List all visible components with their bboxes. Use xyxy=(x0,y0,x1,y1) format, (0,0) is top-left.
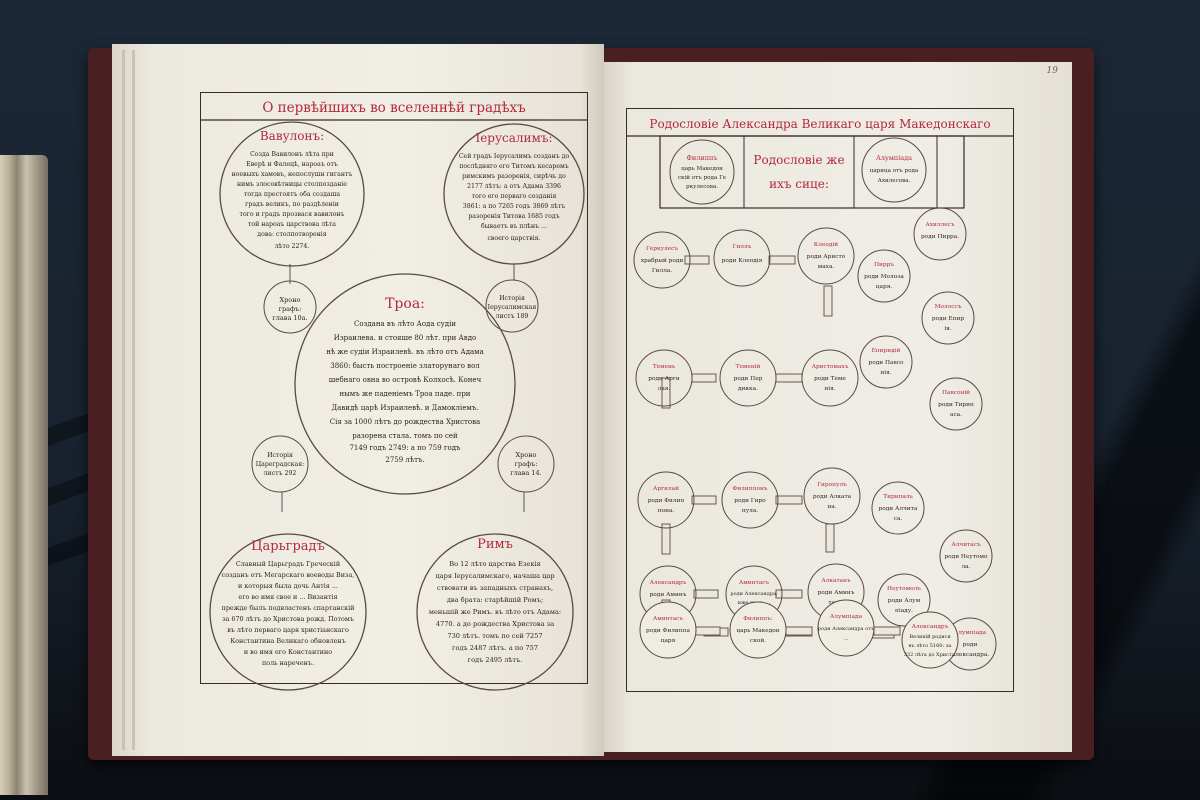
svg-text:3860: бысть построеніе златору: 3860: бысть построеніе златорунаго вол xyxy=(330,362,480,370)
svg-text:Еверѣ и Фалецѣ, нароаъ отъ: Еверѣ и Фалецѣ, нароаъ отъ xyxy=(246,161,338,168)
svg-text:нѣ же судіи Израилевѣ. въ лѣто: нѣ же судіи Израилевѣ. въ лѣто отъ Адама xyxy=(326,348,484,356)
svg-text:Сей градъ Іерусалимъ созданъ д: Сей градъ Іерусалимъ созданъ до xyxy=(459,153,570,160)
svg-text:годъ 2487 лѣтъ. а по 757: годъ 2487 лѣтъ. а по 757 xyxy=(452,644,538,652)
svg-text:послѣдняго его Титомъ кесаремъ: послѣдняго его Титомъ кесаремъ xyxy=(459,163,569,170)
left-heading: О первѣйшихъ во вселеннѣй градѣхъ xyxy=(262,100,526,116)
svg-text:7149 годъ 2749: а по 759 годъ: 7149 годъ 2749: а по 759 годъ xyxy=(349,444,461,452)
svg-text:листъ 189: листъ 189 xyxy=(496,313,529,320)
svg-text:разорена стала. томъ по сей: разорена стала. томъ по сей xyxy=(352,432,458,440)
svg-text:царя Іерусалимскаго, начаша ца: царя Іерусалимскаго, начаша цар xyxy=(435,572,554,580)
svg-text:дова: столпотворенія: дова: столпотворенія xyxy=(257,231,327,238)
svg-text:Вавулонъ:: Вавулонъ: xyxy=(260,129,324,143)
svg-text:за 670 лѣтъ до Христова рожд.: за 670 лѣтъ до Христова рожд. Потомъ xyxy=(222,615,354,623)
circle-rome: Римъ Во 12 лѣто царства Езекія царя Іеру… xyxy=(417,534,573,690)
svg-text:лѣто 2274.: лѣто 2274. xyxy=(275,243,310,250)
svg-text:разоренія Титова 1685 годъ: разоренія Титова 1685 годъ xyxy=(468,213,559,220)
right-page: 19 Родословіе Александра Великаго царя М… xyxy=(604,62,1072,752)
svg-text:въ лѣто перваго царя христіанс: въ лѣто перваго царя христіанскаго xyxy=(227,626,349,634)
svg-text:его во имя свое и ... Византія: его во имя свое и ... Византія xyxy=(238,593,337,601)
svg-text:бываетъ въ плѣнъ ...: бываетъ въ плѣнъ ... xyxy=(481,223,547,230)
svg-text:прежде былъ подвластенъ спарта: прежде былъ подвластенъ спартанскій xyxy=(222,604,355,612)
svg-text:созданъ отъ Мегарскаго воеводы: созданъ отъ Мегарскаго воеводы Виза, xyxy=(222,571,355,579)
left-page: О первѣйшихъ во вселеннѣй градѣхъ Вавуло… xyxy=(112,44,604,756)
svg-text:Создана въ лѣто Аода судіи: Создана въ лѣто Аода судіи xyxy=(354,320,456,328)
svg-text:римскимъ разоренія, сирѣчь до: римскимъ разоренія, сирѣчь до xyxy=(462,173,566,180)
svg-text:графъ:: графъ: xyxy=(515,460,538,468)
svg-text:Давидѣ царѣ Израилевѣ. и Дамок: Давидѣ царѣ Израилевѣ. и Дамокліемъ. xyxy=(331,404,478,412)
svg-text:730 лѣтъ. томъ по сей 7257: 730 лѣтъ. томъ по сей 7257 xyxy=(447,632,542,640)
svg-text:своего царствія.: своего царствія. xyxy=(487,235,540,242)
svg-text:и которыя была дочь Антія ...: и которыя была дочь Антія ... xyxy=(238,582,338,590)
left-page-drawing: О первѣйшихъ во вселеннѣй градѣхъ Вавуло… xyxy=(112,44,604,756)
svg-text:Славный Царьградъ Греческій: Славный Царьградъ Греческій xyxy=(236,560,340,568)
svg-text:4770. а до рождества Христова: 4770. а до рождества Христова за xyxy=(436,620,554,628)
svg-text:2759 лѣтъ.: 2759 лѣтъ. xyxy=(385,456,424,464)
small-circle-chronograph-2: Хроно графъ: глава 14. xyxy=(498,436,554,492)
svg-text:Троа:: Троа: xyxy=(385,296,425,312)
svg-text:того его перваго созданія: того его перваго созданія xyxy=(472,193,557,200)
svg-text:и во имя его Константино: и во имя его Константино xyxy=(244,648,332,656)
svg-text:той нароаъ царствова лѣта: той нароаъ царствова лѣта xyxy=(248,221,336,228)
circle-babylon: Вавулонъ: Созда Вавилонъ лѣта при Еверѣ … xyxy=(220,122,364,266)
svg-text:градъ великъ, по раздѣленіи: градъ великъ, по раздѣленіи xyxy=(245,201,339,208)
svg-text:Іерусалимъ:: Іерусалимъ: xyxy=(475,131,552,145)
svg-text:графъ:: графъ: xyxy=(279,305,302,313)
svg-text:Римъ: Римъ xyxy=(477,537,513,552)
svg-text:годъ 2495 лѣтъ.: годъ 2495 лѣтъ. xyxy=(468,656,523,664)
circle-constantinople: Царьградъ Славный Царьградъ Греческій со… xyxy=(210,534,366,690)
svg-text:Израилева. и стояше 80 лѣт. пр: Израилева. и стояше 80 лѣт. при Авдо xyxy=(334,334,477,342)
svg-text:поль нареченъ.: поль нареченъ. xyxy=(262,659,314,667)
genealogy-last-row xyxy=(604,62,1072,752)
svg-text:тогда престоятъ оба создаша: тогда престоятъ оба создаша xyxy=(244,191,340,198)
svg-text:два брата: старѣйшій Ромъ;: два брата: старѣйшій Ромъ; xyxy=(447,596,543,604)
svg-text:Константина Великаго обновленъ: Константина Великаго обновленъ xyxy=(230,637,346,645)
svg-text:Сія за 1000 лѣтъ до рождества: Сія за 1000 лѣтъ до рождества Христова xyxy=(330,418,480,426)
svg-text:глава 14.: глава 14. xyxy=(510,469,541,477)
svg-text:2177 лѣтъ: а отъ Адама 3396: 2177 лѣтъ: а отъ Адама 3396 xyxy=(467,183,561,190)
svg-text:того и градъ прозвася вавилонъ: того и градъ прозвася вавилонъ xyxy=(240,211,345,218)
svg-text:ноевыхъ хамовъ, непослушн гига: ноевыхъ хамовъ, непослушн гигантъ xyxy=(232,171,353,178)
svg-text:Исторія: Исторія xyxy=(499,295,525,302)
svg-text:листъ 292: листъ 292 xyxy=(264,470,297,477)
svg-text:Созда Вавилонъ лѣта при: Созда Вавилонъ лѣта при xyxy=(250,151,334,158)
svg-text:Іерусалимская: Іерусалимская xyxy=(488,304,537,311)
circle-troy: Троа: Создана въ лѣто Аода судіи Израиле… xyxy=(295,274,515,494)
svg-text:Во 12 лѣто царства Езекія: Во 12 лѣто царства Езекія xyxy=(449,560,540,568)
svg-text:нымъ же паденіемъ Троа паде. п: нымъ же паденіемъ Троа паде. при xyxy=(340,390,471,398)
svg-text:Хроно: Хроно xyxy=(280,296,301,304)
svg-text:меньшій же Римъ. въ лѣто отъ А: меньшій же Римъ. въ лѣто отъ Адама: xyxy=(429,608,561,616)
svg-text:Исторія: Исторія xyxy=(267,452,293,459)
small-circle-history-constantinople: Исторія Цареградская: листъ 292 xyxy=(252,436,308,492)
small-circle-chronograph-1: Хроно графъ: глава 10а. xyxy=(264,281,316,333)
svg-text:глава 10а.: глава 10а. xyxy=(272,314,307,322)
svg-text:3861: а по 7265 годъ 3869 лѣтъ: 3861: а по 7265 годъ 3869 лѣтъ xyxy=(463,203,565,210)
adjacent-book-edge xyxy=(0,155,48,795)
svg-text:нимъ злосовѣтницы столпозданіе: нимъ злосовѣтницы столпозданіе xyxy=(237,181,347,188)
small-circle-history-jerusalem: Исторія Іерусалимская листъ 189 xyxy=(486,280,538,332)
svg-text:Хроно: Хроно xyxy=(516,451,537,459)
circle-jerusalem: Іерусалимъ: Сей градъ Іерусалимъ созданъ… xyxy=(444,124,584,264)
svg-text:Цареградская:: Цареградская: xyxy=(256,461,304,468)
svg-text:ствовати въ западныхъ странахъ: ствовати въ западныхъ странахъ, xyxy=(437,584,553,592)
svg-text:шебнаго овна во островѣ Колхос: шебнаго овна во островѣ Колхосѣ. Конеч xyxy=(329,376,482,384)
svg-text:Царьградъ: Царьградъ xyxy=(251,539,325,554)
